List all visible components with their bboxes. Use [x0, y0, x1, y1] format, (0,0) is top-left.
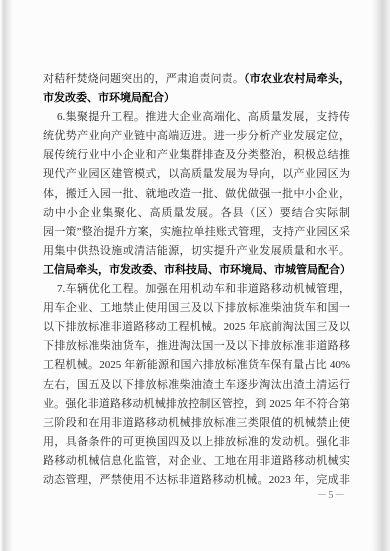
line-text: 对秸秆焚烧问题突出的，严肃追责问责。 — [43, 73, 244, 85]
line-text: 统优势产业向产业链中高端迈进。进一步分析产业发展定位，开 — [43, 130, 350, 146]
line-text: 业。强化非道路移动机械排放控制区管控，到 2025 年不符合第 — [43, 398, 350, 410]
scan-shadow-right — [372, 0, 390, 551]
line-text: 三阶段和在用非道路移动机械排放标准三类限值的机械禁止使 — [43, 417, 350, 429]
line-text-bold: 市发改委、市环境局配合） — [43, 92, 175, 104]
line-text: 园一策”整治提升方案，实施拉单挂账式管理，支持产业园区采 — [43, 226, 350, 238]
line-text: 现代产业园区建管模式，以高质量发展为导向，以产业园区为载 — [43, 168, 350, 184]
text-line: 用，具备条件的可更换国四及以上排放标准的发动机。强化非道 — [43, 433, 350, 452]
text-line: 6.集聚提升工程。推进大企业高端化、高质量发展，支持传 — [43, 108, 350, 127]
line-text: 展传统行业中小企业和产业集群排查及分类整治，积极总结推广 — [43, 149, 350, 165]
line-text: 左右，国五及以下排放标准柴油渣土车逐步淘汰出渣土清运行 — [43, 379, 350, 391]
text-line: 动态管理，严禁使用不达标非道路移动机械。2023 年，完成非 — [43, 471, 350, 490]
text-line: 动中小企业集聚化、高质量发展。各县（区）要结合实际制定“一 — [43, 204, 350, 223]
text-line: 左右，国五及以下排放标准柴油渣土车逐步淘汰出渣土清运行 — [43, 376, 350, 395]
text-line: 7.车辆优化工程。加强在用机动车和非道路移动机械管理， — [43, 280, 350, 299]
line-text-bold: 工信局牵头，市发改委、市科技局、市环境局、市城管局配合） — [43, 264, 350, 276]
line-text: 工程机械。2025 年新能源和国六排放标准货车保有量占比 40% — [43, 359, 350, 371]
line-text: 用，具备条件的可更换国四及以上排放标准的发动机。强化非道 — [43, 436, 350, 452]
text-line: 工信局牵头，市发改委、市科技局、市环境局、市城管局配合） — [43, 261, 350, 280]
line-text: 以下排放标准非道路移动工程机械。2025 年底前淘汰国三及以 — [43, 321, 350, 333]
text-line: 工程机械。2025 年新能源和国六排放标准货车保有量占比 40% — [43, 356, 350, 375]
text-line: 展传统行业中小企业和产业集群排查及分类整治，积极总结推广 — [43, 146, 350, 165]
line-text: 6.集聚提升工程。推进大企业高端化、高质量发展，支持传 — [57, 111, 350, 123]
line-text: 下排放标准柴油货车，推进淘汰国一及以下排放标准非道路移动 — [43, 340, 350, 356]
line-text: 7.车辆优化工程。加强在用机动车和非道路移动机械管理， — [57, 283, 350, 295]
text-line: 现代产业园区建管模式，以高质量发展为导向，以产业园区为载 — [43, 165, 350, 184]
text-line: 下排放标准柴油货车，推进淘汰国一及以下排放标准非道路移动 — [43, 337, 350, 356]
line-text: 路移动机械信息化监管，对企业、工地在用非道路移动机械实行 — [43, 455, 350, 471]
text-line: 市发改委、市环境局配合） — [43, 89, 350, 108]
text-line: 三阶段和在用非道路移动机械排放标准三类限值的机械禁止使 — [43, 414, 350, 433]
scan-shadow-left — [0, 0, 13, 551]
text-line: 统优势产业向产业链中高端迈进。进一步分析产业发展定位，开 — [43, 127, 350, 146]
text-line: 用车企业、工地禁止使用国三及以下排放标准柴油货车和国一及 — [43, 299, 350, 318]
line-text: 用集中供热设施或清洁能源，切实提升产业发展质量和水平。 — [43, 245, 350, 257]
text-line: 以下排放标准非道路移动工程机械。2025 年底前淘汰国三及以 — [43, 318, 350, 337]
text-line: 用集中供热设施或清洁能源，切实提升产业发展质量和水平。（市 — [43, 242, 350, 261]
text-line: 园一策”整治提升方案，实施拉单挂账式管理，支持产业园区采 — [43, 223, 350, 242]
line-text: 用车企业、工地禁止使用国三及以下排放标准柴油货车和国一及 — [43, 302, 350, 318]
line-text: 动态管理，严禁使用不达标非道路移动机械。2023 年，完成非 — [43, 474, 350, 486]
line-text-bold: （市农业农村局牵头， — [244, 73, 350, 85]
line-text: 体，搬迁入园一批、就地改造一批、做优做强一批中小企业，推 — [43, 188, 350, 204]
page-number: －5－ — [317, 487, 346, 502]
text-line: 业。强化非道路移动机械排放控制区管控，到 2025 年不符合第 — [43, 395, 350, 414]
line-text: 动中小企业集聚化、高质量发展。各县（区）要结合实际制定“一 — [43, 207, 350, 223]
text-line: 对秸秆焚烧问题突出的，严肃追责问责。（市农业农村局牵头， — [43, 70, 350, 89]
document-body-text: 对秸秆焚烧问题突出的，严肃追责问责。（市农业农村局牵头， 市发改委、市环境局配合… — [43, 70, 350, 490]
text-line: 路移动机械信息化监管，对企业、工地在用非道路移动机械实行 — [43, 452, 350, 471]
text-line: 体，搬迁入园一批、就地改造一批、做优做强一批中小企业，推 — [43, 185, 350, 204]
